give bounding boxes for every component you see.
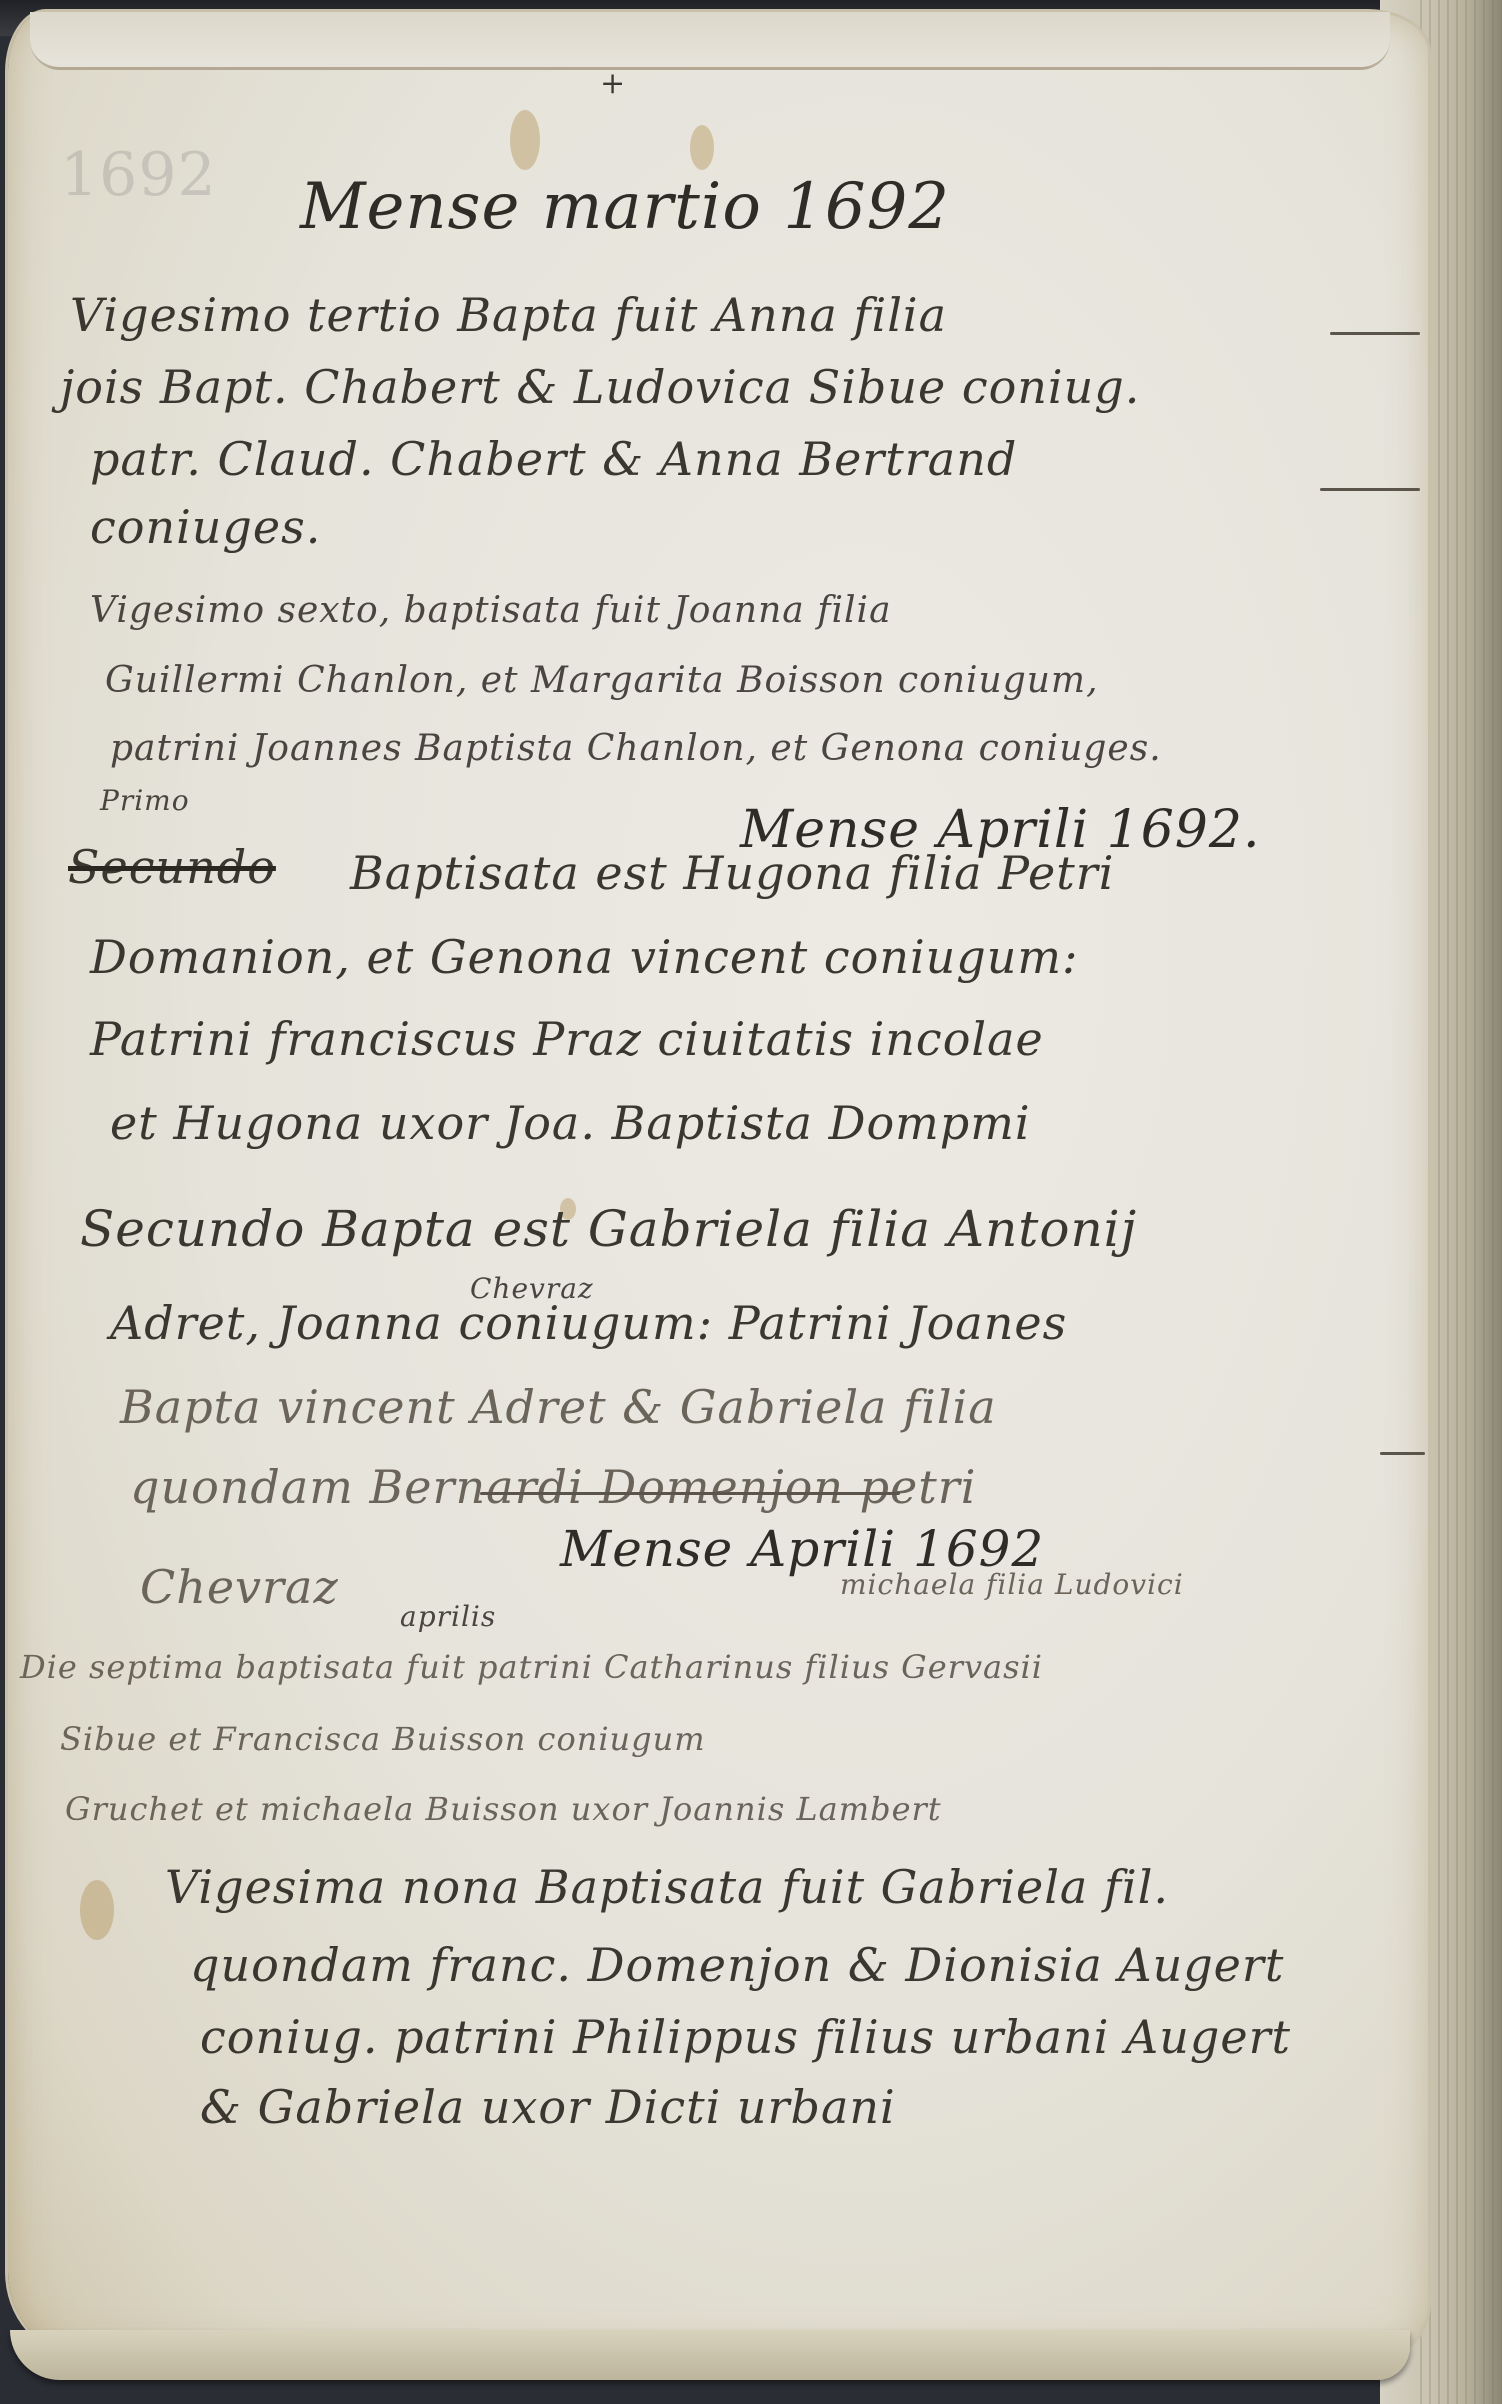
page-stack-edge — [1420, 0, 1502, 2404]
interlinear-insert: aprilis — [400, 1600, 496, 1633]
correction-insert: Primo — [100, 784, 190, 817]
cross-mark: + — [600, 66, 626, 101]
entry-line: patrini Joannes Baptista Chanlon, et Gen… — [110, 728, 1162, 769]
line-filler-stroke — [1380, 1452, 1425, 1455]
entry-line: Secundo Bapta est Gabriela filia Antonij — [80, 1200, 1137, 1258]
entry-line: Die septima baptisata fuit patrini Catha… — [20, 1648, 1043, 1686]
overwritten-fragment: michaela filia Ludovici — [840, 1568, 1184, 1601]
entry-line: Patrini franciscus Praz ciuitatis incola… — [90, 1012, 1044, 1066]
bleed-through-text: 1692 — [60, 140, 217, 210]
entry-line: Domanion, et Genona vincent coniugum: — [90, 930, 1078, 984]
entry-line: Gruchet et michaela Buisson uxor Joannis… — [65, 1790, 942, 1828]
ink-stain — [690, 125, 714, 170]
entry-line: Bapta vincent Adret & Gabriela filia — [120, 1380, 997, 1434]
page-top-fold — [30, 12, 1390, 70]
line-filler-stroke — [1330, 332, 1420, 335]
entry-line: coniug. patrini Philippus filius urbani … — [200, 2010, 1291, 2064]
strike-through — [480, 1492, 900, 1495]
entry-line: coniuges. — [90, 500, 321, 554]
entry-line: quondam Bernardi Domenjon petri — [130, 1460, 976, 1514]
section-heading: Mense martio 1692 — [300, 170, 950, 244]
entry-line: Guillermi Chanlon, et Margarita Boisson … — [105, 660, 1099, 701]
entry-line: patr. Claud. Chabert & Anna Bertrand — [90, 432, 1017, 486]
ink-stain — [80, 1880, 114, 1940]
entry-line: Vigesimo tertio Bapta fuit Anna filia — [70, 288, 947, 342]
entry-line: jois Bapt. Chabert & Ludovica Sibue coni… — [60, 360, 1140, 414]
page-bottom-edge — [10, 2330, 1410, 2380]
entry-line: et Hugona uxor Joa. Baptista Dompmi — [110, 1096, 1031, 1150]
entry-line: quondam franc. Domenjon & Dionisia Auger… — [190, 1938, 1284, 1992]
entry-line: Sibue et Francisca Buisson coniugum — [60, 1720, 706, 1758]
line-filler-stroke — [1320, 488, 1420, 491]
ink-stain — [510, 110, 540, 170]
entry-line: Adret, Joanna coniugum: Patrini Joanes — [110, 1296, 1067, 1350]
entry-line: Baptisata est Hugona filia Petri — [350, 846, 1114, 900]
entry-line: Vigesimo sexto, baptisata fuit Joanna fi… — [90, 590, 892, 631]
entry-line: Vigesima nona Baptisata fuit Gabriela fi… — [165, 1860, 1169, 1914]
struck-word: Secundo — [68, 840, 276, 894]
entry-line: & Gabriela uxor Dicti urbani — [200, 2080, 896, 2134]
entry-line: Chevraz — [140, 1560, 339, 1614]
